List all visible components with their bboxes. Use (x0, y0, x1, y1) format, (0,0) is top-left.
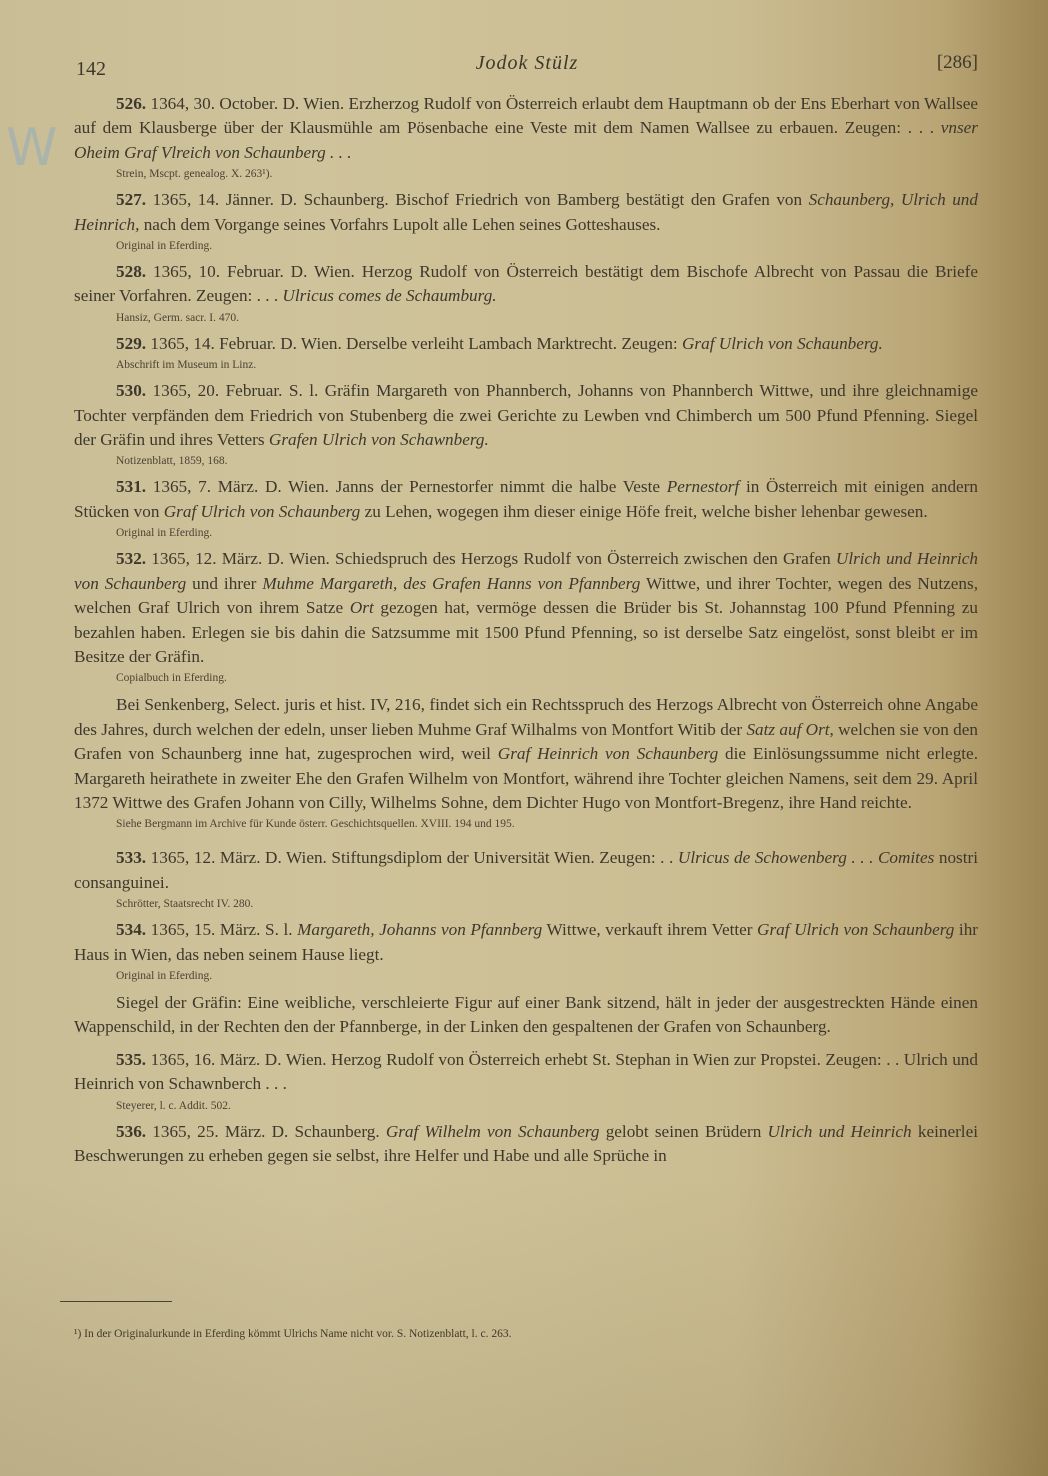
italic-text: Satz auf Ort, (746, 720, 833, 739)
entry-number: 536. (116, 1122, 146, 1141)
entry-number: 526. (116, 94, 146, 113)
entry-number: 527. (116, 190, 146, 209)
italic-text: Graf Ulrich von Schaunberg. (682, 334, 883, 353)
italic-text: Ort (350, 598, 374, 617)
source-citation: Abschrift im Museum in Linz. (116, 357, 978, 374)
regest-entry: 531. 1365, 7. März. D. Wien. Janns der P… (74, 475, 978, 524)
regest-entry: 534. 1365, 15. März. S. l. Margareth, Jo… (74, 918, 978, 967)
source-citation: Hansiz, Germ. sacr. I. 470. (116, 310, 978, 327)
page-shadow (0, 1176, 1048, 1476)
regest-entry: 530. 1365, 20. Februar. S. l. Gräfin Mar… (74, 379, 978, 452)
source-citation: Original in Eferding. (116, 238, 978, 255)
italic-text: Ulricus comes de Schaumburg. (282, 286, 496, 305)
source-citation: Notizenblatt, 1859, 168. (116, 453, 978, 470)
running-title: Jodok Stülz (76, 52, 978, 75)
regest-entry: 526. 1364, 30. October. D. Wien. Erzherz… (74, 92, 978, 165)
regest-entry: 535. 1365, 16. März. D. Wien. Herzog Rud… (74, 1048, 978, 1097)
source-citation: Copialbuch in Eferding. (116, 670, 978, 687)
watermark-letter: W (6, 118, 55, 178)
italic-text: Pernestorf (667, 477, 740, 496)
source-citation: Strein, Mscpt. genealog. X. 263¹). (116, 166, 978, 183)
source-citation: Steyerer, l. c. Addit. 502. (116, 1098, 978, 1115)
regest-entry: 536. 1365, 25. März. D. Schaunberg. Graf… (74, 1120, 978, 1169)
italic-text: Schaunberg, Ulrich und Heinrich, (74, 190, 978, 233)
entry-number: 534. (116, 920, 146, 939)
entry-number: 532. (116, 549, 146, 568)
entry-number: 533. (116, 848, 146, 867)
italic-text: Graf Ulrich von Schaunberg (757, 920, 954, 939)
italic-text: Graf Heinrich von Schaunberg (498, 744, 718, 763)
entry-number: 531. (116, 477, 146, 496)
entry-number: 530. (116, 381, 146, 400)
source-citation: Siehe Bergmann im Archive für Kunde öste… (116, 816, 978, 833)
source-citation: Original in Eferding. (116, 525, 978, 542)
source-citation: Schrötter, Staatsrecht IV. 280. (116, 896, 978, 913)
entry-number: 529. (116, 334, 146, 353)
italic-text: Grafen Ulrich von Schawnberg. (269, 430, 489, 449)
page-header: 142 Jodok Stülz [286] (76, 52, 978, 82)
footnote-divider (60, 1301, 172, 1302)
italic-text: vnser Oheim Graf Vlreich von Schaunberg … (74, 118, 978, 161)
source-citation: Original in Eferding. (116, 968, 978, 985)
regest-entry: 533. 1365, 12. März. D. Wien. Stiftungsd… (74, 846, 978, 895)
italic-text: Ulricus de Schowenberg . . . Comites (678, 848, 934, 867)
document-body: 526. 1364, 30. October. D. Wien. Erzherz… (74, 92, 978, 1168)
italic-text: Ulrich und Heinrich (768, 1122, 912, 1141)
regest-entry: 527. 1365, 14. Jänner. D. Schaunberg. Bi… (74, 188, 978, 237)
entry-number: 535. (116, 1050, 146, 1069)
original-page-number: [286] (937, 52, 978, 74)
entry-number: 528. (116, 262, 146, 281)
regest-entry: 529. 1365, 14. Februar. D. Wien. Derselb… (74, 332, 978, 356)
italic-text: Graf Wilhelm von Schaunberg (386, 1122, 600, 1141)
commentary-paragraph: Bei Senkenberg, Select. juris et hist. I… (74, 693, 978, 815)
italic-text: Graf Ulrich von Schaunberg (164, 502, 361, 521)
italic-text: Margareth, Johanns von Pfannberg (297, 920, 542, 939)
italic-text: Muhme Margareth, des Grafen Hanns von Pf… (262, 574, 640, 593)
footnote-text: In der Originalurkunde in Eferding kömmt… (81, 1328, 511, 1340)
seal-description: Siegel der Gräfin: Eine weibliche, versc… (74, 991, 978, 1040)
regest-entry: 528. 1365, 10. Februar. D. Wien. Herzog … (74, 260, 978, 309)
regest-entry: 532. 1365, 12. März. D. Wien. Schiedspru… (74, 547, 978, 669)
footnote: ¹) In der Originalurkunde in Eferding kö… (74, 1328, 511, 1340)
